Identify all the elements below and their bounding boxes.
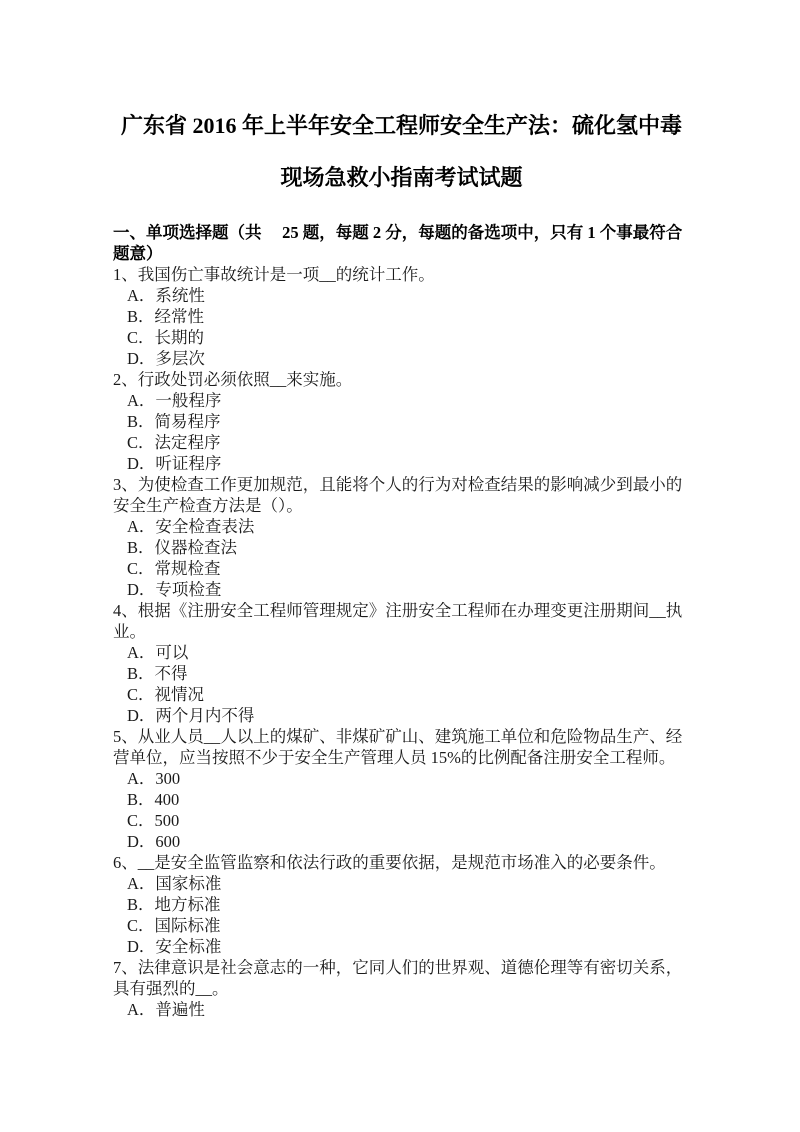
question-5-option-a: A．300: [113, 768, 690, 789]
question-6-text: 6、__是安全监管监察和依法行政的重要依据，是规范市场准入的必要条件。: [113, 852, 690, 873]
question-1-text: 1、我国伤亡事故统计是一项__的统计工作。: [113, 264, 690, 285]
question-4-option-c: C．视情况: [113, 684, 690, 705]
question-6-option-c: C．国际标准: [113, 915, 690, 936]
question-4-option-b: B．不得: [113, 663, 690, 684]
question-2: 2、行政处罚必须依照__来实施。 A．一般程序 B．简易程序 C．法定程序 D．…: [113, 369, 690, 474]
question-7: 7、法律意识是社会意志的一种，它同人们的世界观、道德伦理等有密切关系， 具有强烈…: [113, 957, 690, 1020]
question-3-option-a: A．安全检查表法: [113, 516, 690, 537]
document-title: 广东省 2016 年上半年安全工程师安全生产法：硫化氢中毒 现场急救小指南考试试…: [113, 100, 690, 204]
question-7-text: 7、法律意识是社会意志的一种，它同人们的世界观、道德伦理等有密切关系， 具有强烈…: [113, 957, 690, 999]
question-5: 5、从业人员__人以上的煤矿、非煤矿矿山、建筑施工单位和危险物品生产、经 营单位…: [113, 726, 690, 852]
question-3-option-b: B．仪器检查法: [113, 537, 690, 558]
question-1-option-b: B．经常性: [113, 306, 690, 327]
question-3-option-d: D．专项检查: [113, 579, 690, 600]
question-4-option-d: D．两个月内不得: [113, 705, 690, 726]
question-4-option-a: A．可以: [113, 642, 690, 663]
question-5-text: 5、从业人员__人以上的煤矿、非煤矿矿山、建筑施工单位和危险物品生产、经 营单位…: [113, 726, 690, 768]
question-1: 1、我国伤亡事故统计是一项__的统计工作。 A．系统性 B．经常性 C．长期的 …: [113, 264, 690, 369]
question-2-option-d: D．听证程序: [113, 453, 690, 474]
question-2-option-b: B．简易程序: [113, 411, 690, 432]
question-3: 3、为使检查工作更加规范，且能将个人的行为对检查结果的影响减少到最小的 安全生产…: [113, 474, 690, 600]
document-page: 广东省 2016 年上半年安全工程师安全生产法：硫化氢中毒 现场急救小指南考试试…: [0, 0, 800, 1132]
question-5-option-c: C．500: [113, 810, 690, 831]
question-1-option-d: D．多层次: [113, 348, 690, 369]
question-6: 6、__是安全监管监察和依法行政的重要依据，是规范市场准入的必要条件。 A．国家…: [113, 852, 690, 957]
question-3-text: 3、为使检查工作更加规范，且能将个人的行为对检查结果的影响减少到最小的 安全生产…: [113, 474, 690, 516]
question-6-option-a: A．国家标准: [113, 873, 690, 894]
question-6-option-b: B．地方标准: [113, 894, 690, 915]
question-6-option-d: D．安全标准: [113, 936, 690, 957]
question-2-option-c: C．法定程序: [113, 432, 690, 453]
question-2-text: 2、行政处罚必须依照__来实施。: [113, 369, 690, 390]
question-4: 4、根据《注册安全工程师管理规定》注册安全工程师在办理变更注册期间__执 业。 …: [113, 600, 690, 726]
question-4-text: 4、根据《注册安全工程师管理规定》注册安全工程师在办理变更注册期间__执 业。: [113, 600, 690, 642]
question-1-option-c: C．长期的: [113, 327, 690, 348]
question-5-option-d: D．600: [113, 831, 690, 852]
question-5-option-b: B．400: [113, 789, 690, 810]
question-1-option-a: A．系统性: [113, 285, 690, 306]
question-7-option-a: A．普遍性: [113, 999, 690, 1020]
question-2-option-a: A．一般程序: [113, 390, 690, 411]
question-3-option-c: C．常规检查: [113, 558, 690, 579]
section-header: 一、单项选择题（共 25 题，每题 2 分，每题的备选项中，只有 1 个事最符合…: [113, 222, 690, 264]
